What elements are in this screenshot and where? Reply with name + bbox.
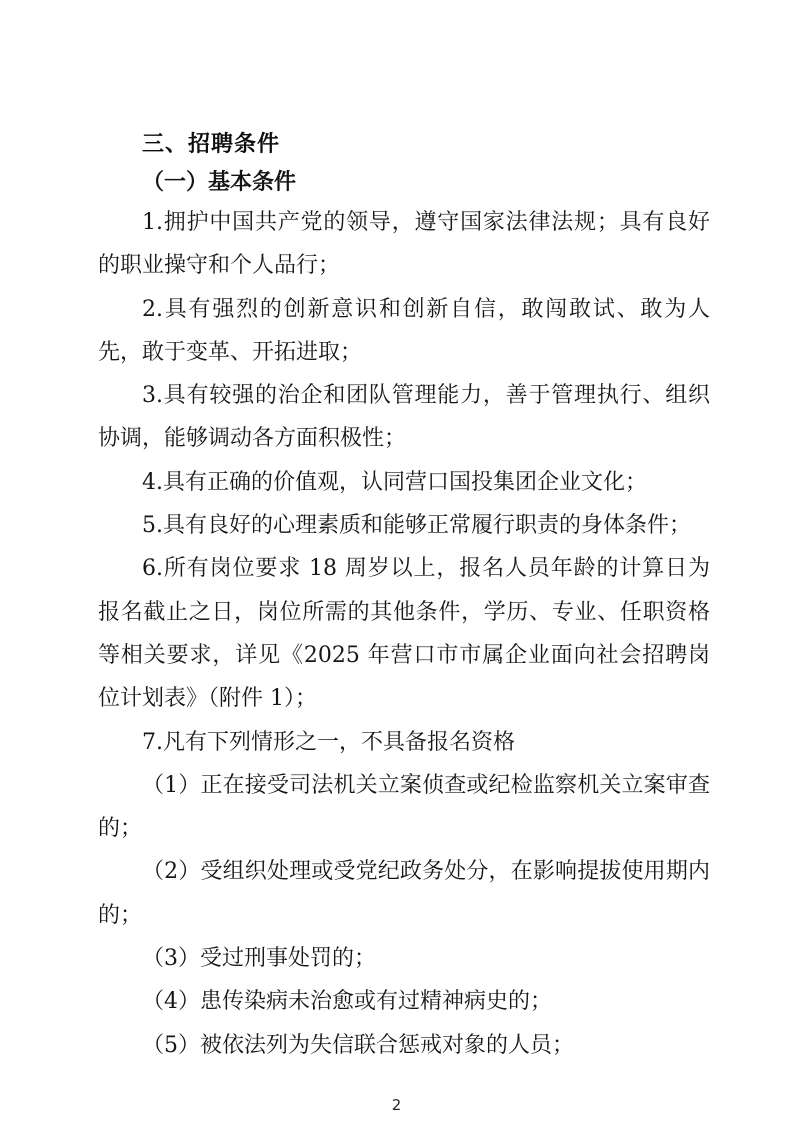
body-paragraph-10: （3）受过刑事处罚的； — [98, 937, 710, 980]
body-paragraph-2: 2.具有强烈的创新意识和创新自信，敢闯敢试、敢为人先，敢于变革、开拓进取； — [98, 288, 710, 375]
subsection-heading: （一）基本条件 — [98, 163, 710, 201]
body-paragraph-3: 3.具有较强的治企和团队管理能力，善于管理执行、组织协调，能够调动各方面积极性； — [98, 374, 710, 461]
document-page: 三、招聘条件 （一）基本条件 1.拥护中国共产党的领导，遵守国家法律法规；具有良… — [0, 0, 793, 1122]
body-paragraph-11: （4）患传染病未治愈或有过精神病史的； — [98, 980, 710, 1023]
body-paragraph-1: 1.拥护中国共产党的领导，遵守国家法律法规；具有良好的职业操守和个人品行； — [98, 201, 710, 288]
body-paragraph-9: （2）受组织处理或受党纪政务处分，在影响提拔使用期内的； — [98, 850, 710, 937]
body-paragraph-12: （5）被依法列为失信联合惩戒对象的人员； — [98, 1024, 710, 1067]
body-paragraph-8: （1）正在接受司法机关立案侦查或纪检监察机关立案审查的； — [98, 764, 710, 851]
body-paragraph-4: 4.具有正确的价值观，认同营口国投集团企业文化； — [98, 461, 710, 504]
body-paragraph-7: 7.凡有下列情形之一，不具备报名资格 — [98, 721, 710, 764]
page-number: 2 — [0, 1096, 793, 1114]
body-paragraph-6: 6.所有岗位要求 18 周岁以上，报名人员年龄的计算日为报名截止之日，岗位所需的… — [98, 547, 710, 720]
body-paragraph-5: 5.具有良好的心理素质和能够正常履行职责的身体条件； — [98, 504, 710, 547]
document-body: 三、招聘条件 （一）基本条件 1.拥护中国共产党的领导，遵守国家法律法规；具有良… — [98, 125, 710, 1067]
section-heading: 三、招聘条件 — [98, 125, 710, 163]
